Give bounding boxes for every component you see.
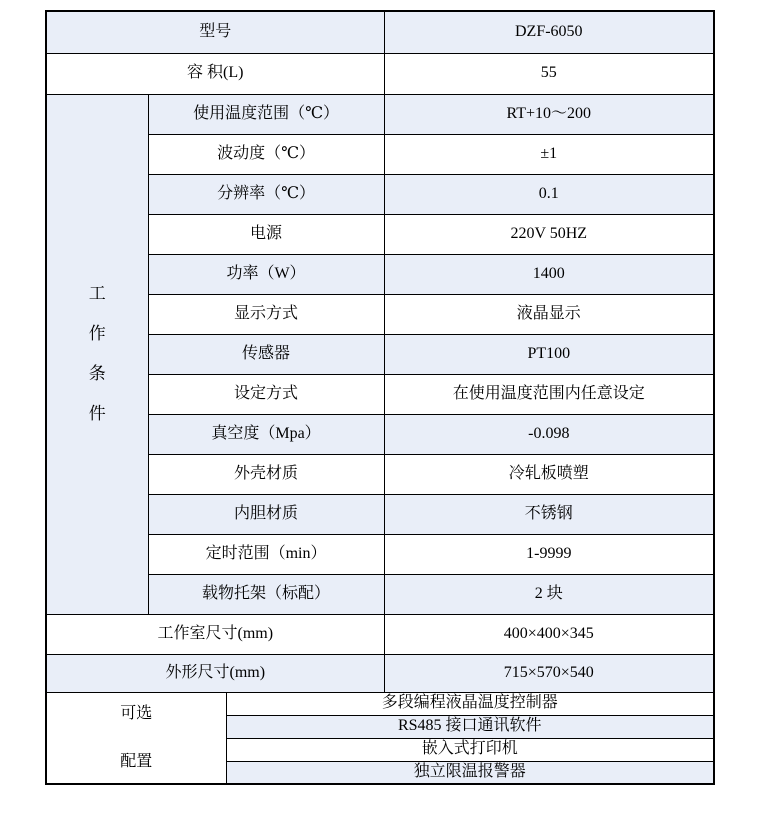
sensor-value: PT100 [384,334,714,374]
row-overall-size: 外形尺寸(mm) 715×570×540 [46,654,714,692]
wattage-label: 功率（W） [148,254,384,294]
overall-size-label: 外形尺寸(mm) [46,654,384,692]
setting-mode-value: 在使用温度范围内任意设定 [384,374,714,414]
shell-material-label: 外壳材质 [148,454,384,494]
optional-item-controller: 多段编程液晶温度控制器 [226,692,714,715]
power-supply-label: 电源 [148,214,384,254]
display-mode-label: 显示方式 [148,294,384,334]
wattage-value: 1400 [384,254,714,294]
optional-header-line2: 配置 [51,751,222,773]
liner-material-label: 内胆材质 [148,494,384,534]
model-value: DZF-6050 [384,11,714,53]
row-temp-range: 工 作 条 件 使用温度范围（℃） RT+10～200 [46,94,714,134]
spec-table: 型号 DZF-6050 容 积(L) 55 工 作 条 件 使用温度范围（℃） … [45,10,715,785]
timer-range-label: 定时范围（min） [148,534,384,574]
optional-item-rs485: RS485 接口通讯软件 [226,715,714,738]
chamber-size-value: 400×400×345 [384,614,714,654]
model-label: 型号 [46,11,384,53]
liner-material-value: 不锈钢 [384,494,714,534]
row-volume: 容 积(L) 55 [46,53,714,94]
optional-config-header: 可选 配置 [46,692,226,784]
volume-label: 容 积(L) [46,53,384,94]
row-optional-1: 可选 配置 多段编程液晶温度控制器 [46,692,714,715]
shelves-label: 载物托架（标配） [148,574,384,614]
vacuum-degree-value: -0.098 [384,414,714,454]
working-conditions-char: 工 [51,274,144,314]
display-mode-value: 液晶显示 [384,294,714,334]
overall-size-value: 715×570×540 [384,654,714,692]
resolution-value: 0.1 [384,174,714,214]
chamber-size-label: 工作室尺寸(mm) [46,614,384,654]
temp-range-label: 使用温度范围（℃） [148,94,384,134]
optional-header-line1: 可选 [51,703,222,725]
optional-item-printer: 嵌入式打印机 [226,738,714,761]
working-conditions-char: 作 [51,314,144,354]
temp-range-value: RT+10～200 [384,94,714,134]
fluctuation-label: 波动度（℃） [148,134,384,174]
volume-value: 55 [384,53,714,94]
resolution-label: 分辨率（℃） [148,174,384,214]
working-conditions-header: 工 作 条 件 [46,94,148,614]
vacuum-degree-label: 真空度（Mpa） [148,414,384,454]
timer-range-value: 1-9999 [384,534,714,574]
working-conditions-char: 条 [51,354,144,394]
row-chamber-size: 工作室尺寸(mm) 400×400×345 [46,614,714,654]
row-model: 型号 DZF-6050 [46,11,714,53]
working-conditions-char: 件 [51,394,144,434]
sensor-label: 传感器 [148,334,384,374]
fluctuation-value: ±1 [384,134,714,174]
power-supply-value: 220V 50HZ [384,214,714,254]
shell-material-value: 冷轧板喷塑 [384,454,714,494]
page-background: 型号 DZF-6050 容 积(L) 55 工 作 条 件 使用温度范围（℃） … [0,0,772,813]
setting-mode-label: 设定方式 [148,374,384,414]
optional-item-alarm: 独立限温报警器 [226,761,714,784]
shelves-value: 2 块 [384,574,714,614]
